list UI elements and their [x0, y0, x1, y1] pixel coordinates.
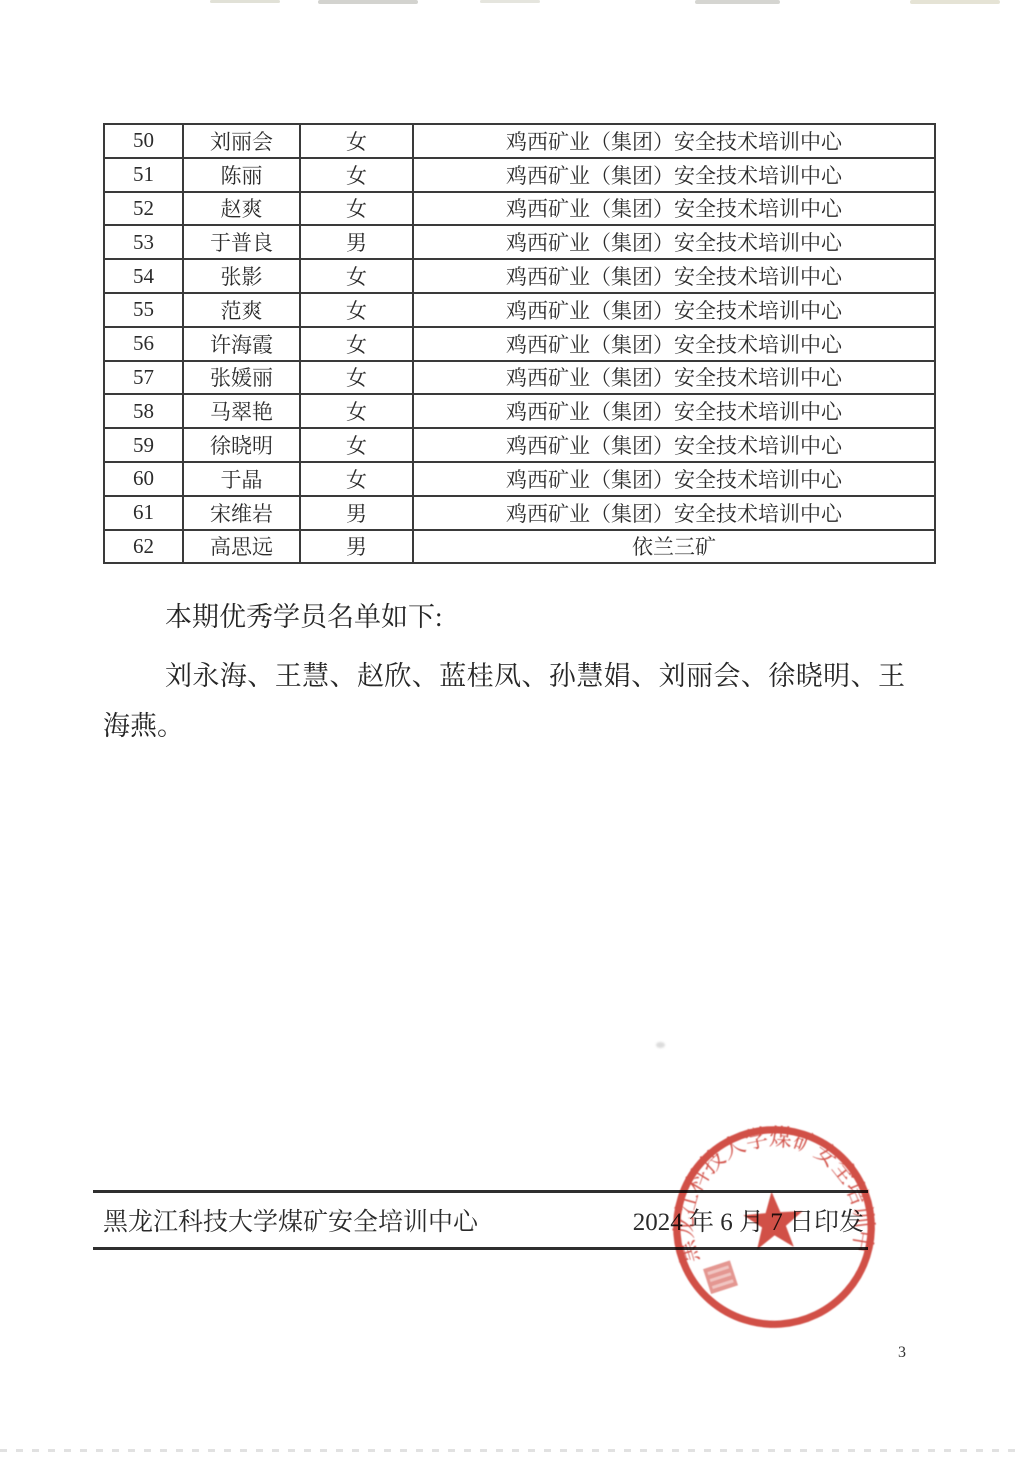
table-row: 52赵爽女鸡西矿业（集团）安全技术培训中心 [104, 192, 935, 226]
roster-name: 范爽 [183, 293, 300, 327]
stamp-inner-badge [703, 1260, 738, 1294]
table-row: 51陈丽女鸡西矿业（集团）安全技术培训中心 [104, 158, 935, 192]
scan-artifact [210, 0, 280, 3]
roster-no: 52 [104, 192, 183, 226]
roster-no: 56 [104, 327, 183, 361]
scan-artifact [0, 1449, 1024, 1452]
roster-organization: 鸡西矿业（集团）安全技术培训中心 [413, 327, 935, 361]
roster-gender: 男 [300, 225, 413, 259]
roster-no: 55 [104, 293, 183, 327]
table-row: 60于晶女鸡西矿业（集团）安全技术培训中心 [104, 462, 935, 496]
official-stamp: 黑龙江科技大学煤矿安全培训中心 [651, 1104, 896, 1349]
roster-no: 62 [104, 530, 183, 564]
outstanding-students-section: 本期优秀学员名单如下: 刘永海、王慧、赵欣、蓝桂凤、孙慧娟、刘丽会、徐晓明、王 … [103, 599, 905, 744]
roster-no: 51 [104, 158, 183, 192]
roster-no: 50 [104, 124, 183, 158]
roster-gender: 女 [300, 259, 413, 293]
page-number: 3 [898, 1344, 906, 1362]
roster-gender: 女 [300, 462, 413, 496]
roster-gender: 女 [300, 124, 413, 158]
roster-name: 许海霞 [183, 327, 300, 361]
table-row: 62高思远男依兰三矿 [104, 530, 935, 564]
issuer-name: 黑龙江科技大学煤矿安全培训中心 [103, 1202, 478, 1238]
roster-name: 赵爽 [183, 192, 300, 226]
outstanding-students-heading: 本期优秀学员名单如下: [103, 599, 905, 635]
table-row: 58马翠艳女鸡西矿业（集团）安全技术培训中心 [104, 394, 935, 428]
roster-organization: 鸡西矿业（集团）安全技术培训中心 [413, 293, 935, 327]
roster-name: 宋维岩 [183, 496, 300, 530]
scan-artifact [318, 0, 418, 4]
roster-gender: 女 [300, 158, 413, 192]
roster-table-body: 50刘丽会女鸡西矿业（集团）安全技术培训中心51陈丽女鸡西矿业（集团）安全技术培… [104, 124, 935, 563]
roster-gender: 女 [300, 327, 413, 361]
table-row: 57张媛丽女鸡西矿业（集团）安全技术培训中心 [104, 361, 935, 395]
table-row: 56许海霞女鸡西矿业（集团）安全技术培训中心 [104, 327, 935, 361]
scan-artifact [480, 0, 540, 3]
roster-name: 张媛丽 [183, 361, 300, 395]
roster-no: 53 [104, 225, 183, 259]
roster-gender: 男 [300, 496, 413, 530]
roster-gender: 女 [300, 192, 413, 226]
roster-name: 张影 [183, 259, 300, 293]
roster-organization: 依兰三矿 [413, 530, 935, 564]
roster-name: 徐晓明 [183, 428, 300, 462]
roster-no: 54 [104, 259, 183, 293]
roster-name: 于晶 [183, 462, 300, 496]
scan-artifact [910, 0, 1000, 4]
star-icon [742, 1189, 805, 1250]
outstanding-students-names-line1: 刘永海、王慧、赵欣、蓝桂凤、孙慧娟、刘丽会、徐晓明、王 [103, 658, 905, 694]
scan-artifact [695, 0, 780, 4]
roster-name: 陈丽 [183, 158, 300, 192]
roster-organization: 鸡西矿业（集团）安全技术培训中心 [413, 192, 935, 226]
table-row: 55范爽女鸡西矿业（集团）安全技术培训中心 [104, 293, 935, 327]
table-row: 50刘丽会女鸡西矿业（集团）安全技术培训中心 [104, 124, 935, 158]
roster-no: 60 [104, 462, 183, 496]
roster-organization: 鸡西矿业（集团）安全技术培训中心 [413, 462, 935, 496]
roster-no: 59 [104, 428, 183, 462]
table-row: 54张影女鸡西矿业（集团）安全技术培训中心 [104, 259, 935, 293]
roster-organization: 鸡西矿业（集团）安全技术培训中心 [413, 428, 935, 462]
roster-gender: 女 [300, 394, 413, 428]
roster-organization: 鸡西矿业（集团）安全技术培训中心 [413, 394, 935, 428]
roster-name: 高思远 [183, 530, 300, 564]
roster-organization: 鸡西矿业（集团）安全技术培训中心 [413, 361, 935, 395]
roster-name: 刘丽会 [183, 124, 300, 158]
roster-no: 57 [104, 361, 183, 395]
roster-organization: 鸡西矿业（集团）安全技术培训中心 [413, 225, 935, 259]
roster-no: 61 [104, 496, 183, 530]
table-row: 53于普良男鸡西矿业（集团）安全技术培训中心 [104, 225, 935, 259]
document-page: 50刘丽会女鸡西矿业（集团）安全技术培训中心51陈丽女鸡西矿业（集团）安全技术培… [0, 0, 1024, 1461]
roster-gender: 女 [300, 293, 413, 327]
roster-gender: 女 [300, 361, 413, 395]
roster-organization: 鸡西矿业（集团）安全技术培训中心 [413, 496, 935, 530]
roster-organization: 鸡西矿业（集团）安全技术培训中心 [413, 259, 935, 293]
outstanding-students-names-line2: 海燕。 [103, 708, 905, 744]
roster-no: 58 [104, 394, 183, 428]
roster-gender: 男 [300, 530, 413, 564]
roster-name: 于普良 [183, 225, 300, 259]
roster-organization: 鸡西矿业（集团）安全技术培训中心 [413, 124, 935, 158]
roster-table: 50刘丽会女鸡西矿业（集团）安全技术培训中心51陈丽女鸡西矿业（集团）安全技术培… [103, 123, 936, 564]
scan-artifact [656, 1042, 665, 1048]
table-row: 59徐晓明女鸡西矿业（集团）安全技术培训中心 [104, 428, 935, 462]
roster-gender: 女 [300, 428, 413, 462]
roster-organization: 鸡西矿业（集团）安全技术培训中心 [413, 158, 935, 192]
table-row: 61宋维岩男鸡西矿业（集团）安全技术培训中心 [104, 496, 935, 530]
roster-name: 马翠艳 [183, 394, 300, 428]
